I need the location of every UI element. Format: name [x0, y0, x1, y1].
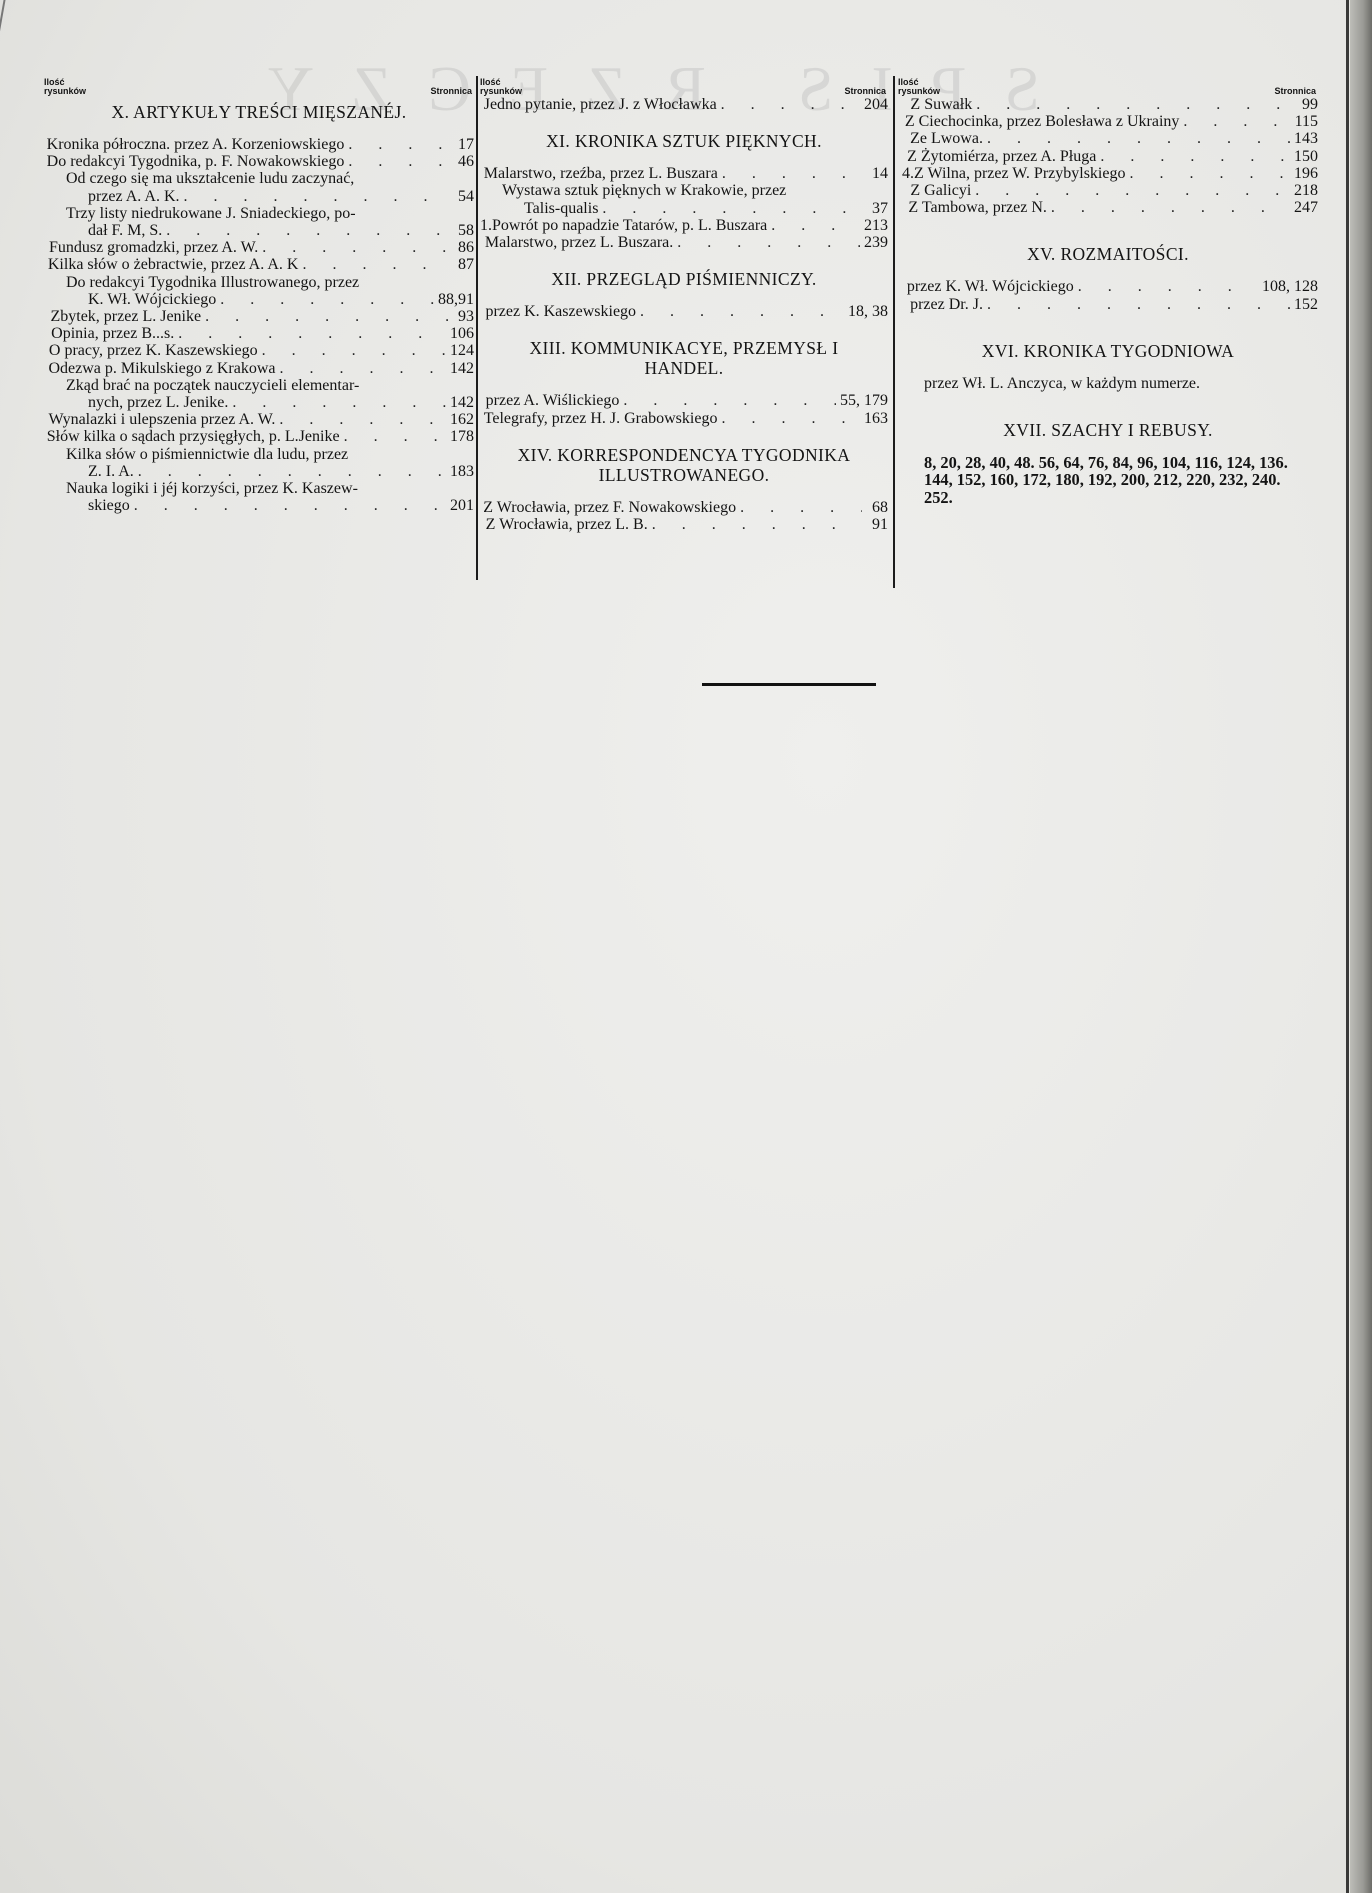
entry-title: Z Suwałk: [910, 96, 972, 113]
dot-leader: [602, 200, 862, 217]
page-number: 14: [866, 165, 888, 182]
entry-title: Z Ciechocinka, przez Bolesława z Ukrainy: [905, 113, 1180, 130]
entry-title: Malarstwo, rzeźba, przez L. Buszara: [484, 165, 718, 182]
page-number: 46: [452, 153, 474, 170]
page-number: 17: [452, 136, 474, 153]
dot-leader: [1051, 199, 1290, 216]
dot-leader: [220, 291, 434, 308]
entry-title: Z Wrocławia, przez F. Nowakowskiego: [483, 499, 736, 516]
dot-leader: [348, 153, 448, 170]
toc-entry: Z Żytomiérza, przez A. Pługa150: [898, 148, 1318, 165]
page-number: 239: [864, 234, 888, 251]
page-number: 201: [450, 497, 474, 514]
illustrations-count-header: Ilość rysunków: [44, 78, 104, 96]
toc-entry: Od czego się ma ukształcenie ludu zaczyn…: [44, 170, 474, 187]
page-number: 54: [452, 188, 474, 205]
toc-entry: przez Dr. J.152: [898, 296, 1318, 313]
page-number: 91: [866, 516, 888, 533]
entry-title: Trzy listy niedrukowane J. Sniadeckiego,…: [66, 205, 356, 222]
entry-title: Talis-qualis: [524, 200, 598, 217]
toc-entry: 4.Z Wilna, przez W. Przybylskiego196: [898, 165, 1318, 182]
page-number: 37: [866, 200, 888, 217]
page-number: 142: [450, 394, 474, 411]
section-title: X. ARTYKUŁY TREŚCI MIĘSZANÉJ.: [44, 102, 474, 122]
page-number: 247: [1294, 199, 1318, 216]
toc-entry: przez K. Kaszewskiego18, 38: [480, 303, 888, 320]
dot-leader: [184, 188, 448, 205]
entry-title: Nauka logiki i jéj korzyści, przez K. Ka…: [66, 480, 358, 497]
illustrations-count-header: Ilość rysunków: [898, 78, 958, 96]
toc-entry: Zkąd brać na początek nauczycieli elemen…: [44, 377, 474, 394]
entry-title: przez K. Kaszewskiego: [485, 303, 636, 320]
page-number-list: 8, 20, 28, 40, 48. 56, 64, 76, 84, 96, 1…: [898, 454, 1318, 506]
entry-title: Wystawa sztuk pięknych w Krakowie, przez: [502, 182, 786, 199]
dot-leader: [134, 497, 446, 514]
dot-leader: [279, 360, 446, 377]
dot-leader: [138, 463, 446, 480]
entry-title: Do redakcyi Tygodnika Illustrowanego, pr…: [66, 274, 359, 291]
toc-entry: Fundusz gromadzki, przez A. W.86: [44, 239, 474, 256]
toc-entry: Z Suwałk99: [898, 96, 1318, 113]
entry-title: Fundusz gromadzki, przez A. W.: [49, 239, 258, 256]
entry-title: Powrót po napadzie Tatarów, p. L. Buszar…: [492, 217, 767, 234]
column-divider: [893, 76, 895, 588]
toc-column-2: Ilość rysunków Stronnica Jedno pytanie, …: [480, 74, 888, 533]
entry-title: Z Galicyi: [910, 182, 971, 199]
entry-title: Z Wrocławia, przez L. B.: [486, 516, 648, 533]
entry-title: przez Dr. J.: [910, 296, 983, 313]
entry-title: przez A. Wiślickiego: [486, 392, 620, 409]
toc-entry: Telegrafy, przez H. J. Grabowskiego163: [480, 410, 888, 427]
page-header: Stronnica: [430, 87, 474, 96]
toc-entry: Wynalazki i ulepszenia przez A. W.162: [44, 411, 474, 428]
column-divider: [476, 76, 478, 580]
toc-entry: Ze Lwowa.143: [898, 130, 1318, 147]
dot-leader: [262, 342, 446, 359]
dot-leader: [279, 411, 446, 428]
entry-title: Kilka słów o żebractwie, przez A. A. K: [48, 256, 299, 273]
page-number: 213: [864, 217, 888, 234]
page-number: 142: [450, 360, 474, 377]
toc-entry: Malarstwo, przez L. Buszara.239: [480, 234, 888, 251]
dot-leader: [640, 303, 844, 320]
entry-title: Opinia, przez B...s.: [51, 325, 174, 342]
section-entries: Kronika półroczna. przez A. Korzeniowski…: [44, 136, 474, 514]
entry-title: Z Wilna, przez W. Przybylskiego: [914, 165, 1125, 182]
toc-entry: Opinia, przez B...s.106: [44, 325, 474, 342]
dot-leader: [987, 130, 1290, 147]
dot-leader: [976, 96, 1292, 113]
page-number: 115: [1295, 113, 1318, 130]
page-number: 124: [450, 342, 474, 359]
section-title: XIV. KORRESPONDENCYA TYGODNIKA ILLUSTROW…: [480, 445, 888, 485]
entry-title: Z. I. A.: [88, 463, 134, 480]
page-number: 106: [450, 325, 474, 342]
section-title: XI. KRONIKA SZTUK PIĘKNYCH.: [480, 131, 888, 151]
page-number: 18, 38: [848, 303, 888, 320]
toc-entry: K. Wł. Wójcickiego88,91: [44, 291, 474, 308]
toc-entry: Trzy listy niedrukowane J. Sniadeckiego,…: [44, 205, 474, 222]
dot-leader: [740, 499, 862, 516]
page-number: 218: [1294, 182, 1318, 199]
entry-title: nych, przez L. Jenike.: [88, 394, 228, 411]
page-number: 55, 179: [840, 392, 888, 409]
toc-entry: Jedno pytanie, przez J. z Włocławka204: [480, 96, 888, 113]
dot-leader: [166, 222, 448, 239]
toc-entry: przez A. A. K.54: [44, 188, 474, 205]
toc-entry: Do redakcyi Tygodnika, p. F. Nowakowskie…: [44, 153, 474, 170]
page-header: Stronnica: [1274, 87, 1318, 96]
section-entries: Z Suwałk99Z Ciechocinka, przez Bolesława…: [898, 96, 1318, 216]
column-header: Ilość rysunków Stronnica: [480, 74, 888, 96]
page-number: 150: [1294, 148, 1318, 165]
scanned-page: SPIS RZECZY Ilość rysunków Stronnica X. …: [0, 0, 1372, 1893]
page-number: 99: [1296, 96, 1318, 113]
entry-title: Do redakcyi Tygodnika, p. F. Nowakowskie…: [47, 153, 345, 170]
entry-title: Zbytek, przez L. Jenike: [50, 308, 201, 325]
column-header: Ilość rysunków Stronnica: [898, 74, 1318, 96]
entry-title: K. Wł. Wójcickiego: [88, 291, 216, 308]
section-entries: przez K. Wł. Wójcickiego108, 128przez Dr…: [898, 278, 1318, 312]
dot-leader: [262, 239, 448, 256]
section-entries: Malarstwo, rzeźba, przez L. Buszara14Wys…: [480, 165, 888, 251]
page-header: Stronnica: [844, 87, 888, 96]
section-entries: Jedno pytanie, przez J. z Włocławka204: [480, 96, 888, 113]
page-number: 93: [452, 308, 474, 325]
entry-title: Zkąd brać na początek nauczycieli elemen…: [66, 377, 359, 394]
dot-leader: [721, 96, 860, 113]
toc-entry: Nauka logiki i jéj korzyści, przez K. Ka…: [44, 480, 474, 497]
toc-entry: Z Tambowa, przez N.247: [898, 199, 1318, 216]
entry-title: Z Tambowa, przez N.: [908, 199, 1047, 216]
dot-leader: [302, 256, 448, 273]
toc-entry: Do redakcyi Tygodnika Illustrowanego, pr…: [44, 274, 474, 291]
toc-entry: dał F. M, S.58: [44, 222, 474, 239]
toc-entry: Wystawa sztuk pięknych w Krakowie, przez: [480, 182, 888, 199]
section-title: XVI. KRONIKA TYGODNIOWA: [898, 341, 1318, 361]
dot-leader: [1100, 148, 1290, 165]
toc-entry: Z Ciechocinka, przez Bolesława z Ukrainy…: [898, 113, 1318, 130]
page-number: 68: [866, 499, 888, 516]
page-number: 196: [1294, 165, 1318, 182]
dot-leader: [1183, 113, 1290, 130]
section-text: przez Wł. L. Anczyca, w każdym numerze.: [898, 375, 1318, 392]
toc-entry: przez A. Wiślickiego55, 179: [480, 392, 888, 409]
entry-title: Jedno pytanie, przez J. z Włocławka: [484, 96, 717, 113]
toc-entry: O pracy, przez K. Kaszewskiego124: [44, 342, 474, 359]
dot-leader: [652, 516, 862, 533]
entry-title: Od czego się ma ukształcenie ludu zaczyn…: [66, 170, 354, 187]
entry-title: Malarstwo, przez L. Buszara.: [485, 234, 673, 251]
toc-entry: Malarstwo, rzeźba, przez L. Buszara14: [480, 165, 888, 182]
dot-leader: [623, 392, 836, 409]
dot-leader: [771, 217, 860, 234]
section-entries: przez K. Kaszewskiego18, 38: [480, 303, 888, 320]
toc-entry: Kilka słów o żebractwie, przez A. A. K87: [44, 256, 474, 273]
page-number: 152: [1294, 296, 1318, 313]
entry-title: Kilka słów o piśmiennictwie dla ludu, pr…: [66, 446, 348, 463]
entry-title: Wynalazki i ulepszenia przez A. W.: [48, 411, 275, 428]
page-number: 88,91: [438, 291, 474, 308]
page-number: 86: [452, 239, 474, 256]
entry-title: Ze Lwowa.: [910, 130, 983, 147]
page-edge: [0, 0, 14, 40]
section-title: XV. ROZMAITOŚCI.: [898, 244, 1318, 264]
toc-column-3: Ilość rysunków Stronnica Z Suwałk99Z Cie…: [898, 74, 1318, 506]
dot-leader: [677, 234, 860, 251]
toc-column-1: Ilość rysunków Stronnica X. ARTYKUŁY TRE…: [44, 74, 474, 514]
dot-leader: [232, 394, 446, 411]
dot-leader: [344, 428, 446, 445]
entry-title: Kronika półroczna. przez A. Korzeniowski…: [47, 136, 345, 153]
dot-leader: [987, 296, 1290, 313]
entry-title: przez K. Wł. Wójcickiego: [907, 278, 1074, 295]
toc-entry: Talis-qualis37: [480, 200, 888, 217]
entry-title: Telegrafy, przez H. J. Grabowskiego: [484, 410, 718, 427]
entry-title: O pracy, przez K. Kaszewskiego: [49, 342, 258, 359]
toc-entry: 1.Powrót po napadzie Tatarów, p. L. Busz…: [480, 217, 888, 234]
page-number: 178: [450, 428, 474, 445]
dot-leader: [1078, 278, 1258, 295]
entry-title: skiego: [88, 497, 130, 514]
entry-title: dał F. M, S.: [88, 222, 162, 239]
dot-leader: [348, 136, 448, 153]
page-number: 143: [1294, 130, 1318, 147]
toc-entry: Odezwa p. Mikulskiego z Krakowa142: [44, 360, 474, 377]
page-number: 204: [864, 96, 888, 113]
page-number: 87: [452, 256, 474, 273]
illustrations-count-header: Ilość rysunków: [480, 78, 540, 96]
toc-entry: przez K. Wł. Wójcickiego108, 128: [898, 278, 1318, 295]
section-title: XII. PRZEGLĄD PIŚMIENNICZY.: [480, 269, 888, 289]
page-number: 108, 128: [1262, 278, 1318, 295]
dot-leader: [178, 325, 446, 342]
section-title: XIII. KOMMUNIKACYE, PRZEMYSŁ I HANDEL.: [480, 338, 888, 378]
illustration-count: 4.: [902, 165, 914, 182]
toc-entry: Słów kilka o sądach przysięgłych, p. L.J…: [44, 428, 474, 445]
toc-entry: Kilka słów o piśmiennictwie dla ludu, pr…: [44, 446, 474, 463]
page-number: 58: [452, 222, 474, 239]
page-number: 183: [450, 463, 474, 480]
dot-leader: [205, 308, 448, 325]
entry-title: Z Żytomiérza, przez A. Pługa: [907, 148, 1096, 165]
dot-leader: [975, 182, 1290, 199]
toc-entry: Z Wrocławia, przez L. B.91: [480, 516, 888, 533]
page-number: 163: [864, 410, 888, 427]
page-number: 162: [450, 411, 474, 428]
entry-title: Słów kilka o sądach przysięgłych, p. L.J…: [47, 428, 340, 445]
toc-entry: nych, przez L. Jenike.142: [44, 394, 474, 411]
gutter-rule: [1346, 0, 1349, 1893]
toc-entry: Kronika półroczna. przez A. Korzeniowski…: [44, 136, 474, 153]
dot-leader: [721, 410, 860, 427]
dot-leader: [1129, 165, 1290, 182]
entry-title: przez A. A. K.: [88, 188, 180, 205]
toc-entry: Z. I. A.183: [44, 463, 474, 480]
dot-leader: [722, 165, 862, 182]
section-entries: Z Wrocławia, przez F. Nowakowskiego68Z W…: [480, 499, 888, 533]
column-header: Ilość rysunków Stronnica: [44, 74, 474, 96]
section-entries: przez A. Wiślickiego55, 179Telegrafy, pr…: [480, 392, 888, 426]
toc-entry: Z Galicyi218: [898, 182, 1318, 199]
toc-entry: Zbytek, przez L. Jenike93: [44, 308, 474, 325]
book-spine: [1350, 0, 1372, 1893]
toc-entry: skiego201: [44, 497, 474, 514]
illustration-count: 1.: [480, 217, 492, 234]
end-separator-line: [702, 683, 876, 686]
entry-title: Odezwa p. Mikulskiego z Krakowa: [48, 360, 275, 377]
toc-entry: Z Wrocławia, przez F. Nowakowskiego68: [480, 499, 888, 516]
section-title: XVII. SZACHY I REBUSY.: [898, 420, 1318, 440]
